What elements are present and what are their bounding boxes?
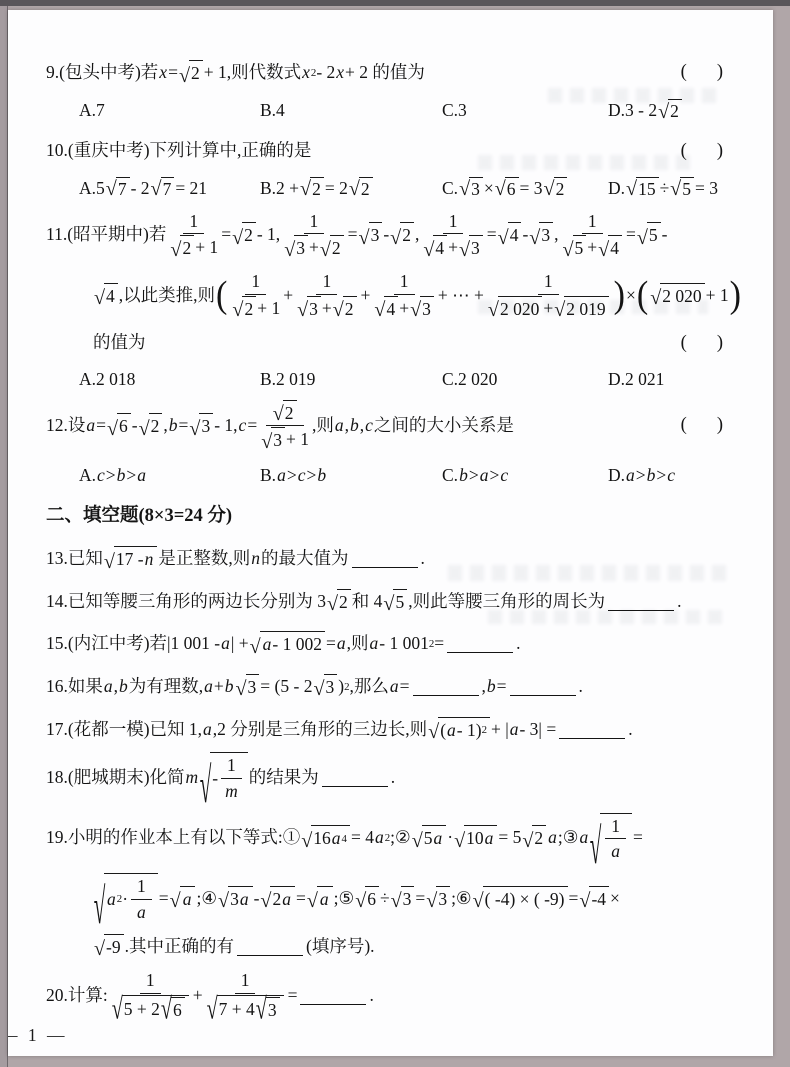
sqrt-expression: √4 [498, 222, 522, 248]
text: 4 [510, 224, 519, 248]
radicand: 3 [199, 413, 213, 439]
math-variable: a [334, 414, 345, 438]
math-variable: a [136, 465, 147, 486]
text: ( -4) × ( -9) [485, 888, 565, 912]
math-variable: b [316, 465, 327, 486]
text: C.2 020 [442, 369, 497, 390]
text: ;⑤ [334, 887, 355, 911]
text: -9 [106, 936, 121, 960]
text: 1 [146, 969, 155, 992]
radicand: 4 [433, 235, 447, 260]
line-body: √-9.其中正确的有(填序号). [93, 934, 375, 960]
text: 1 [544, 270, 553, 293]
fraction-numerator: 1 [245, 270, 266, 295]
sqrt-expression: √6 [355, 886, 379, 912]
radicand: 2 [330, 235, 344, 260]
text: 5 [575, 237, 584, 260]
text: = [247, 414, 257, 438]
sqrt-expression: √3 [459, 235, 483, 260]
radicand: 2 [242, 222, 256, 248]
fraction-numerator: 1 [235, 969, 256, 994]
radicand: 4 [608, 235, 622, 260]
answer-blank [608, 592, 674, 611]
math-variable: m [185, 766, 200, 790]
line-body: √4,以此类推,则(1√2 + 1 + 1√3 + √2 + 1√4 + √3 … [93, 270, 742, 321]
sqrt-expression: √5 + 2√6 [112, 995, 189, 1022]
text: 2 [402, 224, 411, 248]
text: 10.(重庆中考)下列计算中,正确的是 [46, 139, 311, 163]
big-paren: ) [614, 281, 625, 309]
text: .其中正确的有 [125, 935, 234, 959]
text: = [296, 887, 306, 911]
sqrt-expression: √5 [562, 235, 586, 260]
radicand: 2 [400, 222, 414, 248]
math-variable: a [610, 840, 621, 863]
text: > [656, 465, 666, 486]
text: 3 [273, 429, 282, 452]
text: 2 [151, 415, 160, 439]
math-variable: b [646, 465, 657, 486]
text: + [543, 297, 553, 320]
radicand: 2 [532, 825, 546, 851]
text: 1 [449, 210, 458, 233]
fraction: 1√3 + √2 [283, 210, 344, 261]
math-variable: x [158, 61, 168, 85]
text: + [448, 236, 458, 259]
text: + [361, 284, 371, 308]
radicand: 2 [242, 296, 256, 321]
text: ;④ [196, 887, 217, 911]
radicand: 2 [310, 177, 324, 200]
fraction-numerator: 1 [538, 270, 559, 295]
sqrt-expression: √5 [670, 177, 694, 200]
question-line: 20.计算:1√5 + 2√6 + 1√7 + 4√3 = . [46, 969, 741, 1022]
math-variable: x [301, 61, 311, 85]
question-line: 11.(昭平期中)若1√2 + 1 = √2 - 1,1√3 + √2 = √3… [46, 210, 741, 261]
math-variable: a [369, 632, 380, 656]
text: + [587, 236, 597, 259]
text: 9.(包头中考)若 [46, 61, 158, 85]
answer-blank [413, 677, 479, 696]
text: 2 [534, 827, 543, 851]
line-body: 16.如果 a,b 为有理数,a + b√3 = (5 - 2√3)2,那么 a… [46, 674, 583, 700]
fraction-denominator: √3 + 1 [260, 426, 309, 452]
math-variable: c [666, 465, 676, 486]
line-body: 9.(包头中考)若 x = √2 + 1,则代数式 x2 - 2x + 2 的值… [46, 60, 425, 86]
text: 3 [541, 224, 550, 248]
radicand: ( -4) × ( -9) [483, 886, 568, 912]
radicand: 2 [189, 60, 203, 86]
answer-bracket: () [681, 60, 723, 85]
sqrt-expression: √16a4 [301, 825, 350, 851]
fraction-numerator: 1 [582, 210, 603, 235]
radicand: 6 [505, 177, 519, 200]
text: 18.(肥城期末)化简 [46, 766, 185, 790]
radicand: 5 + 2√6 [122, 995, 189, 1022]
option: A.c > b > a [79, 465, 260, 486]
line-body: 的值为 [93, 331, 146, 355]
answer-bracket-close: ) [717, 141, 723, 161]
sqrt-expression: √10a [454, 825, 497, 851]
text: 4 [610, 237, 619, 260]
text: , [554, 223, 558, 247]
text: . [516, 632, 520, 656]
radicand: 3 [324, 674, 338, 700]
text: 13.已知 [46, 547, 103, 571]
question-line: 10.(重庆中考)下列计算中,正确的是() [46, 139, 741, 164]
answer-blank [447, 635, 513, 654]
radicand: 4 [384, 296, 398, 321]
math-variable: a [182, 888, 193, 912]
fraction: 1√2 020 + √2 019 [487, 270, 610, 321]
text: 6 [119, 415, 128, 439]
text: = [348, 223, 358, 247]
radicand: 3 [294, 235, 308, 260]
text: = 3 [520, 178, 543, 199]
sqrt-expression: √2 [349, 177, 373, 200]
text: B. [260, 465, 276, 486]
math-variable: a [509, 718, 520, 742]
text: > [287, 465, 297, 486]
math-variable: b [224, 675, 235, 699]
text: 5 [649, 224, 658, 248]
text: - 1 001 [379, 632, 429, 656]
radicand: 6 [365, 886, 379, 912]
section-header: 二、填空题(8×3=24 分) [46, 504, 741, 529]
fraction: 1√7 + 4√3 [206, 969, 285, 1022]
math-variable: m [224, 780, 239, 803]
fraction: 1√2 + 1 [169, 210, 218, 261]
text: 16 [313, 827, 331, 851]
text: 7 [163, 179, 172, 200]
sqrt-expression: √3 [236, 674, 260, 700]
text: D.2 021 [608, 369, 664, 390]
text: × [484, 178, 494, 199]
radicand: 2 020 [498, 296, 542, 321]
text: ,2 分别是三角形的三边长,则 [213, 718, 427, 742]
fraction: 1√5 + 2√6 [111, 969, 190, 1022]
text: + [309, 236, 319, 259]
radicand: 2 [283, 400, 297, 425]
sqrt-expression: √3 [426, 886, 450, 912]
text: + 2 的值为 [345, 61, 425, 85]
text: 之间的大小关系是 [374, 414, 514, 438]
line-body: 13.已知 √17 - n是正整数,则 n 的最大值为. [46, 546, 425, 572]
text: - 2 [316, 61, 335, 85]
text: > [469, 465, 479, 486]
radicand: 2a [270, 886, 295, 912]
text: 6 [367, 888, 376, 912]
radicand: 3 [369, 222, 383, 248]
text: - 1 002 [272, 633, 322, 657]
radical-sign: √ [256, 987, 267, 1024]
fraction-numerator: 1 [221, 754, 242, 779]
option: B.a > c > b [260, 465, 442, 486]
sqrt-expression: √3 [313, 674, 337, 700]
math-variable: a [484, 827, 495, 851]
answer-bracket-open: ( [681, 62, 687, 82]
text: = 5 [498, 826, 521, 850]
radicand: 3 [469, 235, 483, 260]
math-variable: b [116, 465, 127, 486]
text: ÷ [660, 178, 670, 199]
option: B.2 + √2 = 2√2 [260, 177, 442, 200]
fraction-numerator: 1 [443, 210, 464, 235]
radicand: 2 [668, 99, 682, 122]
question-line: √4,以此类推,则(1√2 + 1 + 1√3 + √2 + 1√4 + √3 … [46, 270, 741, 321]
option: C.b > a > c [442, 465, 608, 486]
text: 6 [507, 179, 516, 200]
screenshot-root: { "answer_bracket": {"open": "(", "close… [0, 0, 790, 1067]
fraction-denominator: √4 + √3 [373, 295, 434, 321]
text: . [391, 766, 395, 790]
text: 20.计算: [46, 984, 108, 1008]
text: - 1) [457, 719, 482, 743]
text: ,则此等腰三角形的周长为 [408, 590, 605, 614]
text: 3 [471, 237, 480, 260]
text: ;③ [558, 826, 579, 850]
math-variable: a [374, 826, 385, 850]
text: + 1 [286, 428, 309, 451]
math-variable: a [446, 719, 457, 743]
question-line: 18.(肥城期末)化简 m√- 1m的结果为. [46, 752, 741, 803]
fraction-numerator: 1 [140, 969, 161, 994]
fraction: 1√5 + √4 [561, 210, 622, 261]
text: 2 020 [662, 285, 701, 309]
text: 6 [173, 999, 182, 1022]
answer-bracket: () [681, 139, 723, 164]
sqrt-expression: √4 [598, 235, 622, 260]
answer-blank [352, 550, 418, 569]
fraction-denominator: a [610, 839, 621, 863]
text: 2 [272, 888, 281, 912]
text: 2 [361, 179, 370, 200]
math-variable: c [364, 414, 374, 438]
text: 4 [386, 298, 395, 321]
option: C.3 [442, 100, 608, 121]
text: 2 [191, 62, 200, 86]
text: 4 [435, 237, 444, 260]
text: ,则 [347, 632, 369, 656]
text: 14.已知等腰三角形的两边长分别为 3 [46, 590, 326, 614]
line-body: 17.(花都一模)已知 1,a,2 分别是三角形的三边长,则 √(a - 1)2… [46, 717, 633, 743]
sqrt-expression: √2 [232, 222, 256, 248]
fraction: 1a [131, 875, 152, 924]
text: 17.(花都一模)已知 1, [46, 718, 202, 742]
text: > [126, 465, 136, 486]
math-variable: x [335, 61, 345, 85]
radicand: 3 [266, 997, 280, 1022]
math-variable: a [136, 901, 147, 924]
text: + [193, 984, 203, 1008]
sqrt-expression: √3 [391, 886, 415, 912]
question-line: 12.设 a = √6 - √2,b = √3 - 1,c = √2√3 + 1… [46, 400, 741, 453]
text: 7 + 4 [219, 998, 255, 1021]
options-row: A.7B.4C.3D.3 - 2√2 [79, 99, 741, 122]
line-body: 19.小明的作业本上有以下等式:① √16a4 = 4a2;② √5a · √1… [46, 813, 643, 864]
text: + | [491, 718, 509, 742]
math-variable: a [479, 465, 490, 486]
sqrt-expression: √4 [94, 283, 118, 309]
text: > [489, 465, 499, 486]
text: = (5 - 2 [260, 675, 312, 699]
text: × [626, 284, 636, 308]
text: 2 [332, 237, 341, 260]
sqrt-expression: √6 [107, 413, 131, 439]
sqrt-expression: √2 [320, 235, 344, 260]
answer-blank [300, 986, 366, 1005]
answer-bracket-close: ) [717, 62, 723, 82]
line-body: 二、填空题(8×3=24 分) [46, 504, 232, 529]
sqrt-expression: √3 [410, 296, 434, 321]
text: = [400, 675, 410, 699]
text: ;⑥ [451, 887, 472, 911]
fraction: √2√3 + 1 [260, 400, 309, 453]
sqrt-expression: √2 [273, 400, 297, 425]
text: - [662, 223, 668, 247]
sqrt-expression: √5a [412, 825, 447, 851]
answer-bracket: () [681, 413, 723, 438]
text: 1 [137, 875, 146, 898]
text: 的最大值为 [261, 547, 349, 571]
question-line: 14.已知等腰三角形的两边长分别为 3√2和 4√5,则此等腰三角形的周长为. [46, 589, 741, 615]
text: = 4 [351, 826, 374, 850]
text: . [628, 718, 632, 742]
question-line: 9.(包头中考)若 x = √2 + 1,则代数式 x2 - 2x + 2 的值… [46, 60, 741, 86]
text: 12.设 [46, 414, 85, 438]
text: = [487, 223, 497, 247]
text: 5 [395, 591, 404, 615]
text: C. [442, 178, 458, 199]
text: = [626, 223, 636, 247]
line-body: 20.计算:1√5 + 2√6 + 1√7 + 4√3 = . [46, 969, 374, 1022]
radicand: -4 [589, 886, 609, 912]
text: D. [608, 465, 625, 486]
text: - [254, 887, 260, 911]
math-variable: a [281, 888, 292, 912]
text: = [179, 414, 189, 438]
text: 1 [189, 210, 198, 233]
fraction-denominator: √4 + √3 [422, 234, 483, 260]
text: × [610, 887, 620, 911]
radical-sign: √ [207, 984, 218, 1024]
radicand: 3 [469, 177, 483, 200]
text: + [214, 675, 224, 699]
fraction-numerator: 1 [394, 270, 415, 295]
math-variable: a [578, 826, 589, 850]
radicand: 15 [636, 177, 659, 200]
math-variable: c [96, 465, 106, 486]
text: 2 [312, 179, 321, 200]
text: 3 [309, 298, 318, 321]
text: > [636, 465, 646, 486]
sqrt-expression: √6 [495, 177, 519, 200]
sqrt-expression: √5 [637, 222, 661, 248]
sqrt-expression: √2 020 [488, 296, 542, 321]
radical-sign: √ [94, 808, 106, 934]
text: 1 [400, 270, 409, 293]
sqrt-expression: √a [307, 886, 333, 912]
radicand: 2 [149, 413, 163, 439]
text: 11.(昭平期中)若 [46, 223, 166, 247]
radicand: a - 1 002 [260, 631, 325, 657]
text: 3 [248, 676, 257, 700]
text: 10 [466, 827, 484, 851]
text: 16.如果 [46, 675, 103, 699]
sqrt-expression: √2 [544, 177, 568, 200]
text: C. [442, 465, 458, 486]
question-line: 15.(内江中考)若|1 001 - a| + √a - 1 002 = a,则… [46, 631, 741, 657]
text: D.3 - 2 [608, 100, 657, 121]
answer-blank [559, 720, 625, 739]
radicand: 16a4 [311, 825, 350, 851]
text: 5 [424, 827, 433, 851]
fraction: 1√3 + √2 [296, 270, 357, 321]
text: - [132, 414, 138, 438]
question-line: 13.已知 √17 - n是正整数,则 n 的最大值为. [46, 546, 741, 572]
sqrt-expression: √a [170, 886, 196, 912]
text: 2 019 [566, 298, 605, 321]
radicand: 2 020 [660, 283, 704, 309]
text: 和 4 [352, 590, 383, 614]
sqrt-expression: √2 [522, 825, 546, 851]
text: 7 [118, 179, 127, 200]
sqrt-expression: √3 [256, 997, 280, 1022]
sqrt-expression: √3a [218, 886, 253, 912]
scan-edge-top [0, 0, 790, 6]
sqrt-expression: √3 [261, 427, 285, 452]
big-paren: ( [637, 281, 648, 309]
text: (填序号). [306, 935, 375, 959]
fraction: 1√4 + √3 [422, 210, 483, 261]
radicand: 3 [401, 886, 415, 912]
sqrt-expression: √5 [383, 589, 407, 615]
fraction-numerator: 1 [605, 815, 626, 840]
options-row: A.c > b > aB.a > c > bC.b > a > cD.a > b… [79, 465, 741, 486]
text: 2 [556, 179, 565, 200]
line-body: 18.(肥城期末)化简 m√- 1m的结果为. [46, 752, 395, 803]
radicand: 3 [436, 886, 450, 912]
text: . [421, 547, 425, 571]
text: - 1, [257, 223, 280, 247]
fraction-numerator: 1 [131, 875, 152, 900]
text: + [322, 297, 332, 320]
text: + [399, 297, 409, 320]
option: C.2 020 [442, 369, 608, 390]
answer-bracket-close: ) [717, 415, 723, 435]
text: 2 [285, 402, 294, 425]
text: ;② [390, 826, 411, 850]
text: A.7 [79, 100, 105, 121]
sqrt-expression: √4 [374, 296, 398, 321]
math-variable: n [144, 548, 155, 572]
sqrt-expression: √3 [529, 222, 553, 248]
options-row: A.2 018B.2 019C.2 020D.2 021 [79, 369, 741, 390]
sqrt-expression: √-9 [94, 934, 124, 960]
text: + [283, 284, 293, 308]
math-variable: a [103, 675, 114, 699]
math-variable: c [238, 414, 248, 438]
text: 3 [230, 888, 239, 912]
text: + ⋯ + [438, 284, 484, 308]
text: 的结果为 [249, 766, 319, 790]
radicand: a2 · 1a [104, 873, 158, 924]
math-variable: c [297, 465, 307, 486]
radicand: 4 [104, 283, 118, 309]
fraction-denominator: √3 + √2 [283, 234, 344, 260]
text: = 3 [695, 178, 718, 199]
fraction: 1a [605, 815, 626, 864]
